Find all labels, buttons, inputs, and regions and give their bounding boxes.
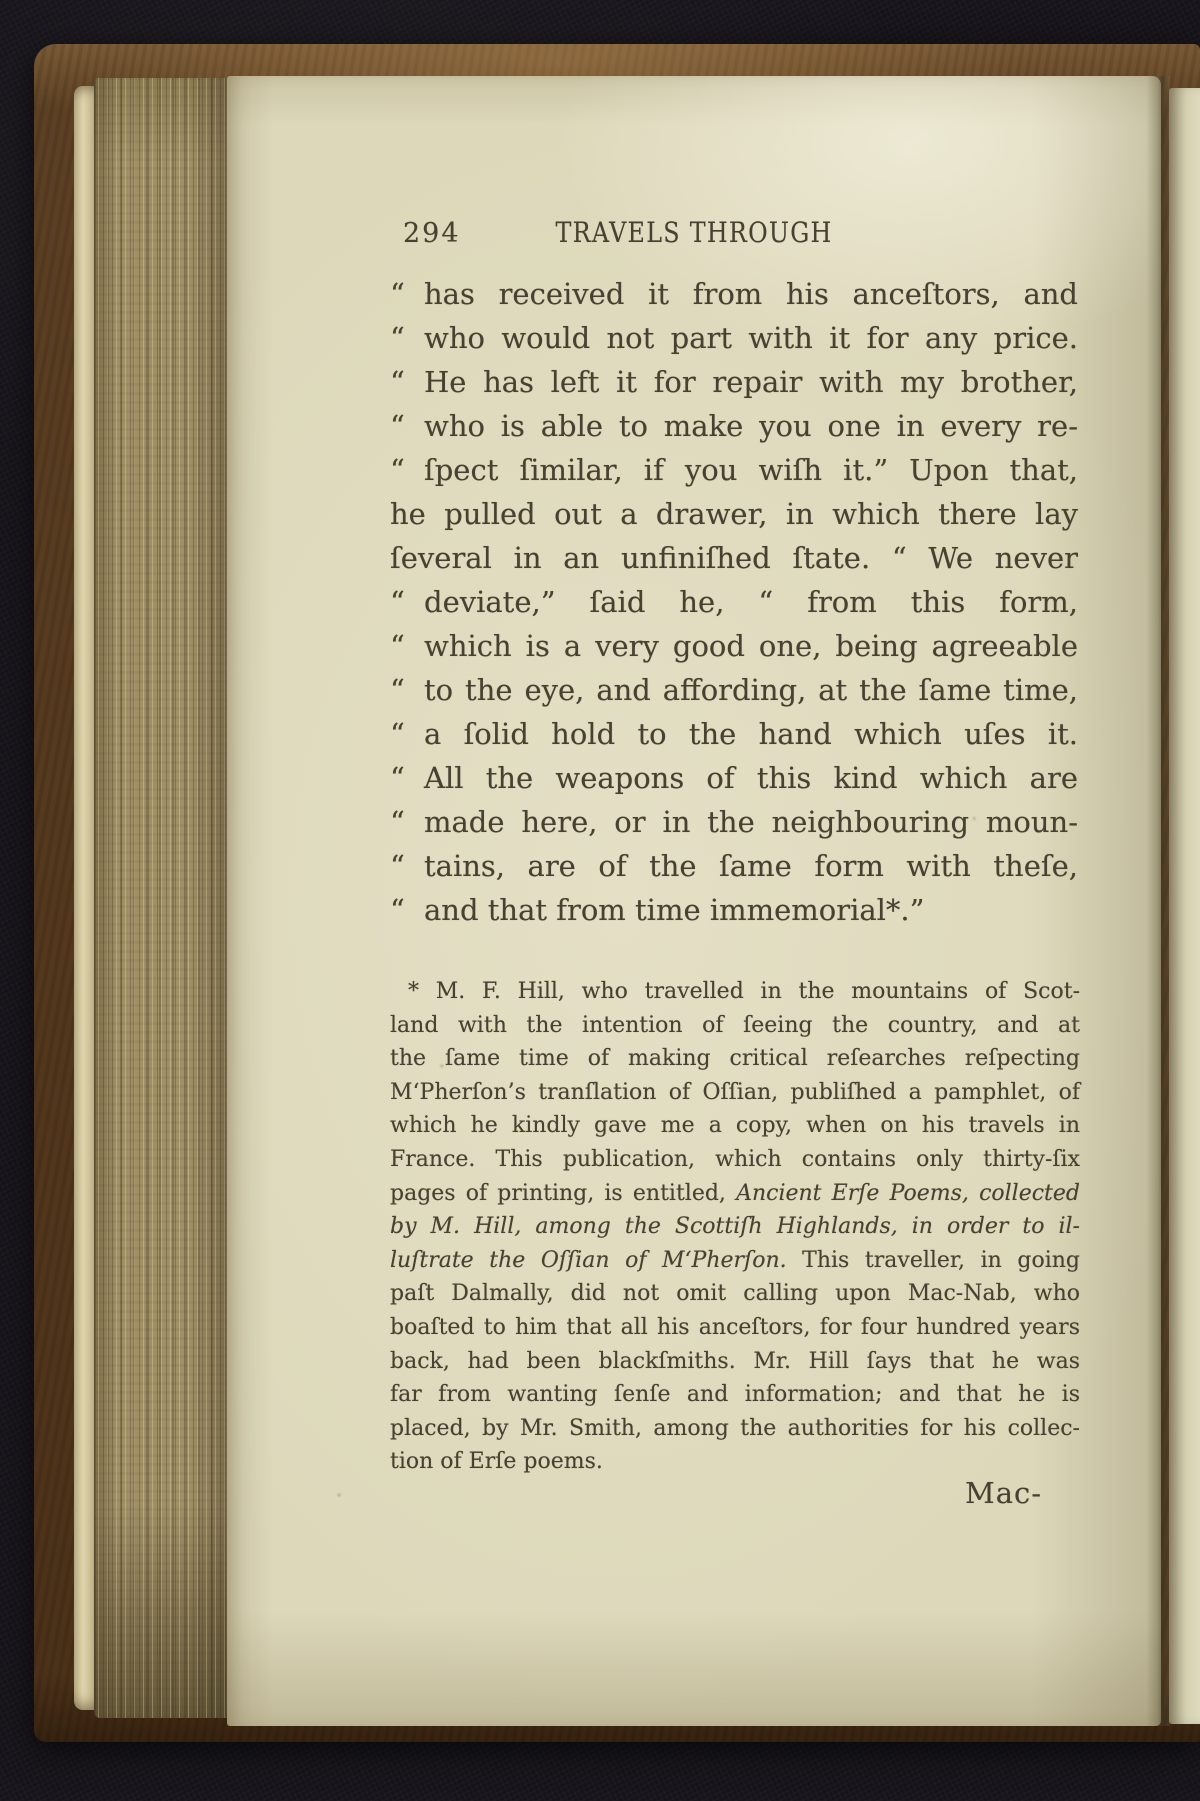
body-line: “ſpect ſimilar, if you wiſh it.” Upon th… [390,448,1078,492]
page-edges-stack [94,78,227,1718]
body-line-text: which is a very good one, being agreeabl… [424,624,1078,668]
body-line: “which is a very good one, being agreeab… [390,624,1078,668]
footnote-line-text: France. This publication, which contains… [390,1143,1080,1177]
body-text-block: “has received it from his anceſtors, and… [390,272,1078,932]
page-edge-light-strip [74,86,94,1710]
body-line: “tains, are of the ſame form with theſe, [390,844,1078,888]
body-line: “He has left it for repair with my broth… [390,360,1078,404]
body-line: “who would not part with it for any pric… [390,316,1078,360]
footnote-line: boaſted to him that all his anceſtors, f… [390,1311,1080,1345]
quote-mark: “ [390,448,424,492]
footnote-line-text: far from wanting ſenſe and information; … [390,1378,1080,1412]
quote-mark: “ [390,404,424,448]
body-line-text: ſeveral in an unfiniſhed ſtate. “ We nev… [390,536,1078,580]
page-gutter-fold [1146,76,1170,1726]
footnote-italic-segment: luſtrate the Oſſian of M‘Pherſon. [390,1248,787,1273]
body-line-text: and that from time immemorial*.” [424,888,1078,932]
footnote-line-text: boaſted to him that all his anceſtors, f… [390,1311,1080,1345]
body-line-text: ſpect ſimilar, if you wiſh it.” Upon tha… [424,448,1078,492]
footnote-segment: the ſame time of making critical reſearc… [390,1046,1080,1071]
body-line-text: has received it from his anceſtors, and [424,272,1078,316]
footnote-segment: paſt Dalmally, did not omit calling upon… [390,1281,1080,1306]
footnote-line: France. This publication, which contains… [390,1143,1080,1177]
quote-mark: “ [390,360,424,404]
footnote-line-text: M‘Pherſon’s tranſlation of Oſſian, publi… [390,1076,1080,1110]
photo-background: 294 TRAVELS THROUGH “has received it fro… [0,0,1200,1801]
footnote-line-text: placed, by Mr. Smith, among the authorit… [390,1412,1080,1446]
footnote-line: paſt Dalmally, did not omit calling upon… [390,1277,1080,1311]
body-line-text: he pulled out a drawer, in which there l… [390,492,1078,536]
footnote-line: the ſame time of making critical reſearc… [390,1042,1080,1076]
footnote-line-text: * M. F. Hill, who travelled in the mount… [390,975,1080,1009]
quote-mark: “ [390,668,424,712]
footnote-segment: France. This publication, which contains… [390,1147,1080,1172]
body-line-text: to the eye, and affording, at the ſame t… [424,668,1078,712]
body-line: ſeveral in an unfiniſhed ſtate. “ We nev… [390,536,1078,580]
body-line-text: tains, are of the ſame form with theſe, [424,844,1078,888]
footnote-line-text: back, had been blackſmiths. Mr. Hill ſay… [390,1345,1080,1379]
footnote-segment: land with the intention of ſeeing the co… [390,1013,1080,1038]
page-header: 294 TRAVELS THROUGH [227,216,1161,250]
body-line: “has received it from his anceſtors, and [390,272,1078,316]
body-line: “All the weapons of this kind which are [390,756,1078,800]
quote-mark: “ [390,756,424,800]
footnote-italic-segment: by M. Hill, among the Scottiſh Highlands… [390,1214,1080,1239]
footnote-segment: boaſted to him that all his anceſtors, f… [390,1315,1080,1340]
body-line-text: He has left it for repair with my brothe… [424,360,1078,404]
footnote-segment: M‘Pherſon’s tranſlation of Oſſian, publi… [390,1080,1080,1105]
footnote-segment: far from wanting ſenſe and information; … [390,1382,1080,1407]
body-line-text: made here, or in the neighbouring moun- [424,800,1078,844]
quote-mark: “ [390,800,424,844]
footnote-segment: pages of printing, is entitled, [390,1181,736,1206]
body-line-text: who is able to make you one in every re- [424,404,1078,448]
footnote-italic-segment: Ancient Erſe Poems, collected [736,1181,1080,1206]
quote-mark: “ [390,580,424,624]
footnote-segment: * M. F. Hill, who travelled in the mount… [408,979,1080,1004]
footnote-line-text: luſtrate the Oſſian of M‘Pherſon. This t… [390,1244,1080,1278]
footnote-segment: placed, by Mr. Smith, among the authorit… [390,1416,1080,1441]
footnote-line-text: paſt Dalmally, did not omit calling upon… [390,1277,1080,1311]
quote-mark: “ [390,712,424,756]
footnote-line-text: the ſame time of making critical reſearc… [390,1042,1080,1076]
footnote-line-text: tion of Erſe poems. [390,1445,1080,1479]
footnote-segment: which he kindly gave me a copy, when on … [390,1113,1080,1138]
footnote-line: land with the intention of ſeeing the co… [390,1009,1080,1043]
catchword: Mac- [965,1476,1042,1510]
body-line: “made here, or in the neighbouring moun- [390,800,1078,844]
footnote-line-text: pages of printing, is entitled, Ancient … [390,1177,1080,1211]
footnote-line-text: which he kindly gave me a copy, when on … [390,1109,1080,1143]
body-line-text: who would not part with it for any price… [424,316,1078,360]
body-line: “a ſolid hold to the hand which uſes it. [390,712,1078,756]
quote-mark: “ [390,316,424,360]
book-page: 294 TRAVELS THROUGH “has received it fro… [227,76,1161,1726]
footnote-line: placed, by Mr. Smith, among the authorit… [390,1412,1080,1446]
body-line-text: deviate,” ſaid he, “ from this form, [424,580,1078,624]
body-line-text: All the weapons of this kind which are [424,756,1078,800]
body-line: “who is able to make you one in every re… [390,404,1078,448]
body-line: he pulled out a drawer, in which there l… [390,492,1078,536]
footnote-line: by M. Hill, among the Scottiſh Highlands… [390,1210,1080,1244]
footnote-line: back, had been blackſmiths. Mr. Hill ſay… [390,1345,1080,1379]
footnote-line: which he kindly gave me a copy, when on … [390,1109,1080,1143]
quote-mark: “ [390,844,424,888]
quote-mark: “ [390,624,424,668]
facing-page-edge [1169,88,1200,1724]
quote-mark: “ [390,272,424,316]
footnote-line-text: land with the intention of ſeeing the co… [390,1009,1080,1043]
footnote-line: tion of Erſe poems. [390,1445,1080,1479]
footnote-segment: tion of Erſe poems. [390,1449,603,1474]
running-head: TRAVELS THROUGH [297,216,1091,249]
body-line: “to the eye, and affording, at the ſame … [390,668,1078,712]
body-line-text: a ſolid hold to the hand which uſes it. [424,712,1078,756]
body-line: “deviate,” ſaid he, “ from this form, [390,580,1078,624]
quote-mark: “ [390,888,424,932]
body-line: “and that from time immemorial*.” [390,888,1078,932]
footnote-line: far from wanting ſenſe and information; … [390,1378,1080,1412]
footnote-line: luſtrate the Oſſian of M‘Pherſon. This t… [390,1244,1080,1278]
footnote-segment: back, had been blackſmiths. Mr. Hill ſay… [390,1349,1080,1374]
footnote-line: pages of printing, is entitled, Ancient … [390,1177,1080,1211]
footnote-line-text: by M. Hill, among the Scottiſh Highlands… [390,1210,1080,1244]
footnote-segment: This traveller, in going [787,1248,1080,1273]
footnote-block: * M. F. Hill, who travelled in the mount… [390,975,1080,1479]
footnote-line: * M. F. Hill, who travelled in the mount… [390,975,1080,1009]
footnote-line: M‘Pherſon’s tranſlation of Oſſian, publi… [390,1076,1080,1110]
